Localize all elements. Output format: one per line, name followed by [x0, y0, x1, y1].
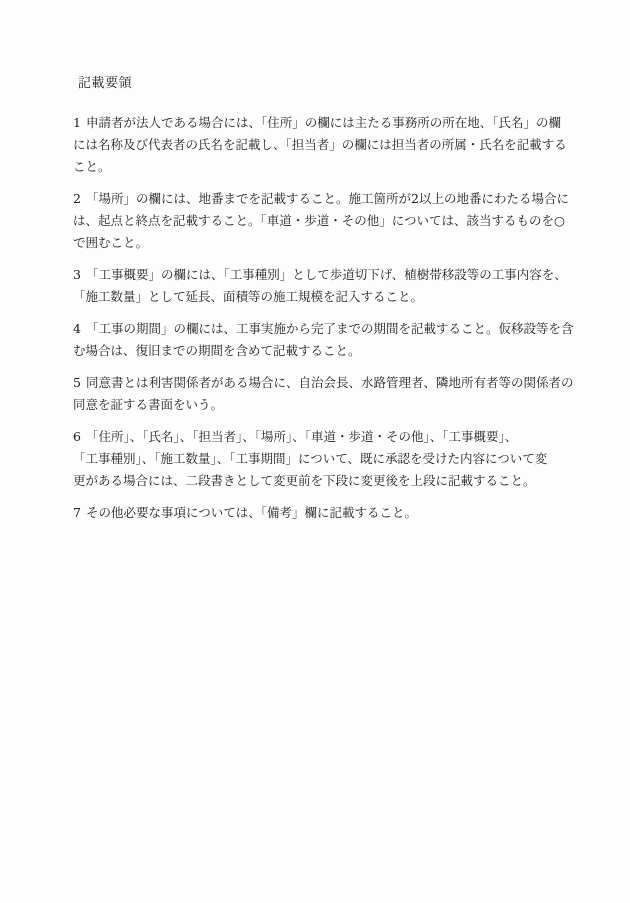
- item-line: は、起点と終点を記載すること。「車道・歩道・その他」については、該当するものを○: [73, 210, 575, 232]
- item-line: 申請者が法人である場合には、「住所」の欄には主たる事務所の所在地、「氏名」の欄: [86, 115, 561, 130]
- item-first-line: 4「工事の期間」の欄には、工事実施から完了までの期間を記載すること。仮移設等を含: [73, 318, 575, 340]
- item-line: その他必要な事項については、「備考」欄に記載すること。: [86, 505, 417, 520]
- list-item: 4「工事の期間」の欄には、工事実施から完了までの期間を記載すること。仮移設等を含…: [73, 318, 575, 362]
- list-item: 2「場所」の欄には、地番までを記載すること。施工箇所が2以上の地番にわたる場合に…: [73, 188, 575, 254]
- item-line: 「施工数量」として延長、面積等の施工規模を記入すること。: [73, 286, 575, 308]
- item-number: 3: [73, 264, 86, 286]
- item-line: こと。: [73, 156, 575, 178]
- item-first-line: 2「場所」の欄には、地番までを記載すること。施工箇所が2以上の地番にわたる場合に: [73, 188, 575, 210]
- item-line: 同意を証する書面をいう。: [73, 394, 575, 416]
- item-number: 4: [73, 318, 86, 340]
- instruction-list: 1申請者が法人である場合には、「住所」の欄には主たる事務所の所在地、「氏名」の欄…: [73, 112, 575, 524]
- item-line: 同意書とは利害関係者がある場合に、自治会長、水路管理者、隣地所有者等の関係者の: [86, 375, 574, 390]
- item-line: で囲むこと。: [73, 232, 575, 254]
- list-item: 5同意書とは利害関係者がある場合に、自治会長、水路管理者、隣地所有者等の関係者の…: [73, 372, 575, 416]
- item-line: 「工事の期間」の欄には、工事実施から完了までの期間を記載すること。仮移設等を含: [86, 321, 574, 336]
- list-item: 7その他必要な事項については、「備考」欄に記載すること。: [73, 502, 575, 524]
- item-line: 「住所」、「氏名」、「担当者」、「場所」、「車道・歩道・その他」、「工事概要」、: [86, 429, 517, 444]
- item-line: には名称及び代表者の氏名を記載し、「担当者」の欄には担当者の所属・氏名を記載する: [73, 134, 575, 156]
- item-line: 「場所」の欄には、地番までを記載すること。施工箇所が2以上の地番にわたる場合に: [86, 191, 569, 206]
- item-line: 更がある場合には、二段書きとして変更前を下段に変更後を上段に記載すること。: [73, 470, 575, 492]
- item-line: 「工事概要」の欄には、「工事種別」として歩道切下げ、植樹帯移設等の工事内容を、: [86, 267, 567, 282]
- item-number: 7: [73, 502, 86, 524]
- item-first-line: 1申請者が法人である場合には、「住所」の欄には主たる事務所の所在地、「氏名」の欄: [73, 112, 575, 134]
- list-item: 3「工事概要」の欄には、「工事種別」として歩道切下げ、植樹帯移設等の工事内容を、…: [73, 264, 575, 308]
- item-line: 「工事種別」、「施工数量」、「工事期間」について、既に承認を受けた内容について変: [73, 448, 575, 470]
- document-page: 記載要領 1申請者が法人である場合には、「住所」の欄には主たる事務所の所在地、「…: [0, 0, 630, 903]
- item-number: 2: [73, 188, 86, 210]
- list-item: 1申請者が法人である場合には、「住所」の欄には主たる事務所の所在地、「氏名」の欄…: [73, 112, 575, 178]
- item-number: 5: [73, 372, 86, 394]
- item-number: 6: [73, 426, 86, 448]
- list-item: 6「住所」、「氏名」、「担当者」、「場所」、「車道・歩道・その他」、「工事概要」…: [73, 426, 575, 492]
- item-number: 1: [73, 112, 86, 134]
- item-line: む場合は、復旧までの期間を含めて記載すること。: [73, 340, 575, 362]
- item-first-line: 5同意書とは利害関係者がある場合に、自治会長、水路管理者、隣地所有者等の関係者の: [73, 372, 575, 394]
- item-first-line: 6「住所」、「氏名」、「担当者」、「場所」、「車道・歩道・その他」、「工事概要」…: [73, 426, 575, 448]
- item-first-line: 7その他必要な事項については、「備考」欄に記載すること。: [73, 502, 575, 524]
- item-first-line: 3「工事概要」の欄には、「工事種別」として歩道切下げ、植樹帯移設等の工事内容を、: [73, 264, 575, 286]
- page-title: 記載要領: [78, 73, 575, 95]
